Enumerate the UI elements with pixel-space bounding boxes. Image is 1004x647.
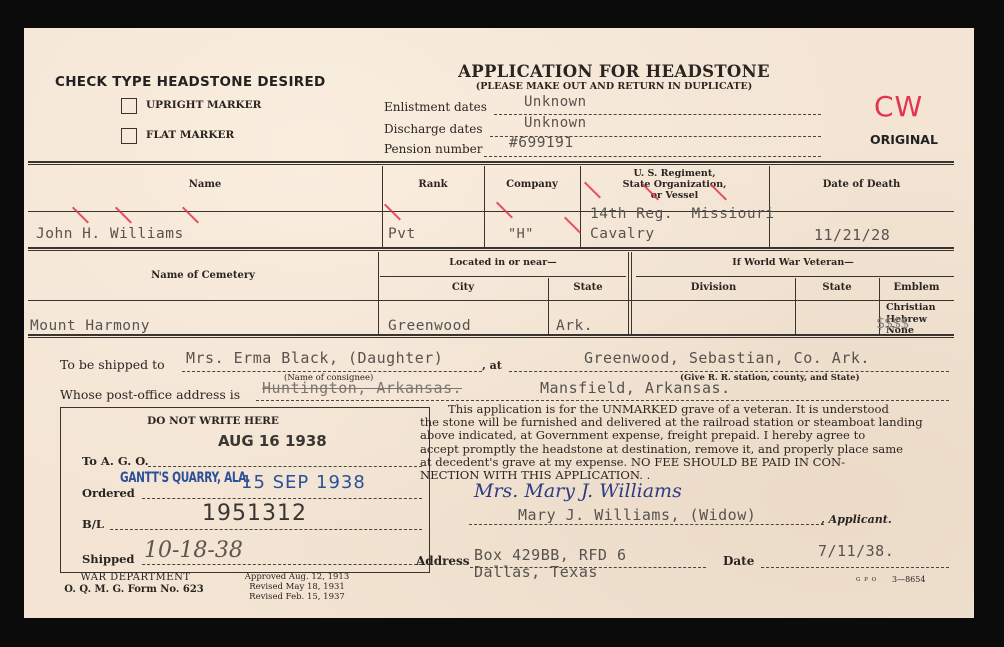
header-division: Division [632, 282, 795, 293]
header-state: State [548, 282, 628, 293]
shipped-label: Shipped [82, 552, 134, 566]
red-check-mark [564, 217, 581, 234]
flat-marker-label: FLAT MARKER [146, 129, 234, 141]
post-office-value[interactable]: Mansfield, Arkansas. [540, 379, 731, 397]
shipped-to-value[interactable]: Mrs. Erma Black, (Daughter) [186, 349, 443, 367]
upright-marker-label: UPRIGHT MARKER [146, 99, 261, 111]
emblem-strikeout: $$$$ [876, 314, 908, 332]
footer-revisions: Approved Aug. 12, 1913 Revised May 18, 1… [230, 572, 364, 602]
shipped-date-handwritten: 10-18-38 [144, 538, 243, 563]
footer-form-number: O. Q. M. G. Form No. 623 [34, 584, 234, 595]
shipped-to-label: To be shipped to [60, 357, 165, 372]
applicant-typed-name[interactable]: Mary J. Williams, (Widow) [518, 506, 756, 524]
ordered-place-stamp: GANTT'S QUARRY, ALA. [120, 470, 250, 486]
bl-number-stamp: 1951312 [202, 501, 307, 526]
company-value[interactable]: "H" [508, 226, 534, 242]
ago-date-stamp: AUG 16 1938 [218, 432, 327, 450]
header-emblem: Emblem [879, 282, 954, 293]
date-label: Date [723, 554, 754, 568]
pension-value[interactable]: #699191 [509, 135, 574, 151]
red-check-mark [182, 207, 199, 224]
header-company: Company [484, 179, 580, 190]
rank-value[interactable]: Pvt [388, 226, 416, 242]
header-city: City [378, 282, 548, 293]
cemetery-value[interactable]: Mount Harmony [30, 318, 150, 334]
application-date-value[interactable]: 7/11/38. [818, 542, 894, 560]
flat-marker-checkbox[interactable] [121, 128, 137, 144]
ordered-label: Ordered [82, 486, 135, 500]
header-name: Name [28, 179, 382, 190]
station-value[interactable]: Greenwood, Sebastian, Co. Ark. [584, 349, 870, 367]
red-check-mark [115, 207, 132, 224]
red-check-mark [72, 207, 89, 224]
header-world-war-veteran: If World War Veteran— [632, 257, 954, 268]
header-regiment: U. S. Regiment, State Organization, or V… [580, 168, 769, 201]
header-located: Located in or near— [378, 257, 628, 268]
at-label: , at [482, 359, 502, 372]
ago-label: To A. G. O. [82, 454, 149, 468]
state-value[interactable]: Ark. [556, 318, 593, 334]
handwritten-cw-mark: CW [874, 90, 923, 123]
original-label: ORIGINAL [870, 132, 938, 147]
enlistment-value[interactable]: Unknown [524, 94, 587, 110]
discharge-label: Discharge dates [384, 122, 482, 136]
header-date-of-death: Date of Death [769, 179, 954, 190]
footer-department: WAR DEPARTMENT [48, 572, 223, 583]
applicant-label: , Applicant. [821, 513, 892, 526]
header-cemetery: Name of Cemetery [28, 270, 378, 281]
address-line1[interactable]: Box 429BB, RFD 6 [474, 546, 627, 564]
headstone-application-form: CHECK TYPE HEADSTONE DESIRED UPRIGHT MAR… [24, 28, 974, 618]
form-title: APPLICATION FOR HEADSTONE [404, 62, 824, 81]
statement-text: This application is for the UNMARKED gra… [420, 403, 955, 482]
check-type-heading: CHECK TYPE HEADSTONE DESIRED [55, 74, 326, 90]
discharge-value[interactable]: Unknown [524, 115, 587, 131]
footer-gpo: G P O [856, 577, 877, 583]
post-office-label: Whose post-office address is [60, 387, 240, 402]
red-check-mark [384, 204, 401, 221]
city-value[interactable]: Greenwood [388, 318, 471, 334]
office-box-heading: DO NOT WRITE HERE [60, 415, 366, 427]
address-line2[interactable]: Dallas, Texas [474, 563, 598, 581]
emblem-christian[interactable]: Christian [886, 302, 936, 314]
ordered-date-stamp: 15 SEP 1938 [241, 472, 366, 493]
post-office-struck-value: Huntington, Arkansas. [262, 379, 462, 397]
footer-print-code: 3—8654 [892, 575, 925, 584]
regiment-value-line2[interactable]: Cavalry [590, 226, 655, 242]
soldier-name-value[interactable]: John H. Williams [36, 226, 184, 242]
bl-label: B/L [82, 517, 104, 531]
regiment-value-line1[interactable]: 14th Reg. Missiouri [590, 206, 775, 222]
header-rank: Rank [382, 179, 484, 190]
pension-label: Pension number [384, 142, 482, 156]
applicant-signature: Mrs. Mary J. Williams [474, 480, 682, 502]
upright-marker-checkbox[interactable] [121, 98, 137, 114]
date-of-death-value[interactable]: 11/21/28 [814, 226, 890, 244]
address-label: Address [416, 554, 470, 568]
header-wwv-state: State [795, 282, 879, 293]
enlistment-label: Enlistment dates [384, 100, 487, 114]
form-subtitle: (PLEASE MAKE OUT AND RETURN IN DUPLICATE… [404, 81, 824, 92]
